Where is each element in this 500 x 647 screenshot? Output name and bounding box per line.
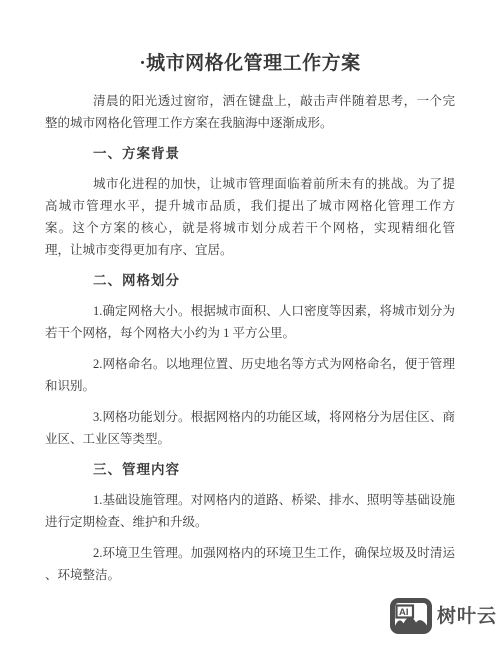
text-line: 2.环境卫生管理。加强网格内的环境卫生工作，确保垃圾及时清运 <box>45 542 455 564</box>
paragraph: 2.环境卫生管理。加强网格内的环境卫生工作，确保垃圾及时清运、环境整洁。 <box>45 542 455 586</box>
paragraph: 清晨的阳光透过窗帘，洒在键盘上，敲击声伴随着思考，一个完整的城市网格化管理工作方… <box>45 90 455 134</box>
text-line: 整的城市网格化管理工作方案在我脑海中逐渐成形。 <box>45 112 455 134</box>
text-line: 和识别。 <box>45 375 455 397</box>
ai-image-logo-icon: AI <box>390 598 432 634</box>
section-heading: 三、管理内容 <box>45 459 455 481</box>
text-line: 2.网格命名。以地理位置、历史地名等方式为网格命名，便于管理 <box>45 353 455 375</box>
paragraph: 1.确定网格大小。根据城市面积、人口密度等因素，将城市划分为若干个网格，每个网格… <box>45 300 455 344</box>
text-line: 3.网格功能划分。根据网格内的功能区域，将网格分为居住区、商 <box>45 406 455 428</box>
text-line: 清晨的阳光透过窗帘，洒在键盘上，敲击声伴随着思考，一个完 <box>45 90 455 112</box>
paragraph: 3.网格功能划分。根据网格内的功能区域，将网格分为居住区、商业区、工业区等类型。 <box>45 406 455 450</box>
brand-name: 树叶云 <box>437 607 497 626</box>
text-line: 业区、工业区等类型。 <box>45 428 455 450</box>
text-line: 理，让城市变得更加有序、宜居。 <box>45 239 455 261</box>
brand-watermark: AI 树叶云 <box>390 598 497 634</box>
text-line: 1.确定网格大小。根据城市面积、人口密度等因素，将城市划分为 <box>45 300 455 322</box>
text-line: 案。这个方案的核心，就是将城市划分成若干个网格，实现精细化管 <box>45 217 455 239</box>
logo-ai-label: AI <box>399 607 409 618</box>
text-line: 、环境整洁。 <box>45 564 455 586</box>
text-line: 若干个网格，每个网格大小约为 1 平方公里。 <box>45 322 455 344</box>
text-line: 1.基础设施管理。对网格内的道路、桥梁、排水、照明等基础设施 <box>45 489 455 511</box>
paragraph: 1.基础设施管理。对网格内的道路、桥梁、排水、照明等基础设施进行定期检查、维护和… <box>45 489 455 533</box>
paragraph: 城市化进程的加快，让城市管理面临着前所未有的挑战。为了提高城市管理水平，提升城市… <box>45 173 455 261</box>
section-heading: 二、网格划分 <box>45 270 455 292</box>
page-title: ·城市网格化管理工作方案 <box>45 49 455 79</box>
document-content: ·城市网格化管理工作方案 清晨的阳光透过窗帘，洒在键盘上，敲击声伴随着思考，一个… <box>45 0 455 595</box>
text-line: 高城市管理水平，提升城市品质，我们提出了城市网格化管理工作方 <box>45 195 455 217</box>
document-page: ·城市网格化管理工作方案 清晨的阳光透过窗帘，洒在键盘上，敲击声伴随着思考，一个… <box>0 0 500 647</box>
text-line: 进行定期检查、维护和升级。 <box>45 511 455 533</box>
paragraph: 2.网格命名。以地理位置、历史地名等方式为网格命名，便于管理和识别。 <box>45 353 455 397</box>
section-heading: 一、方案背景 <box>45 143 455 165</box>
document-body: 清晨的阳光透过窗帘，洒在键盘上，敲击声伴随着思考，一个完整的城市网格化管理工作方… <box>45 90 455 586</box>
text-line: 城市化进程的加快，让城市管理面临着前所未有的挑战。为了提 <box>45 173 455 195</box>
